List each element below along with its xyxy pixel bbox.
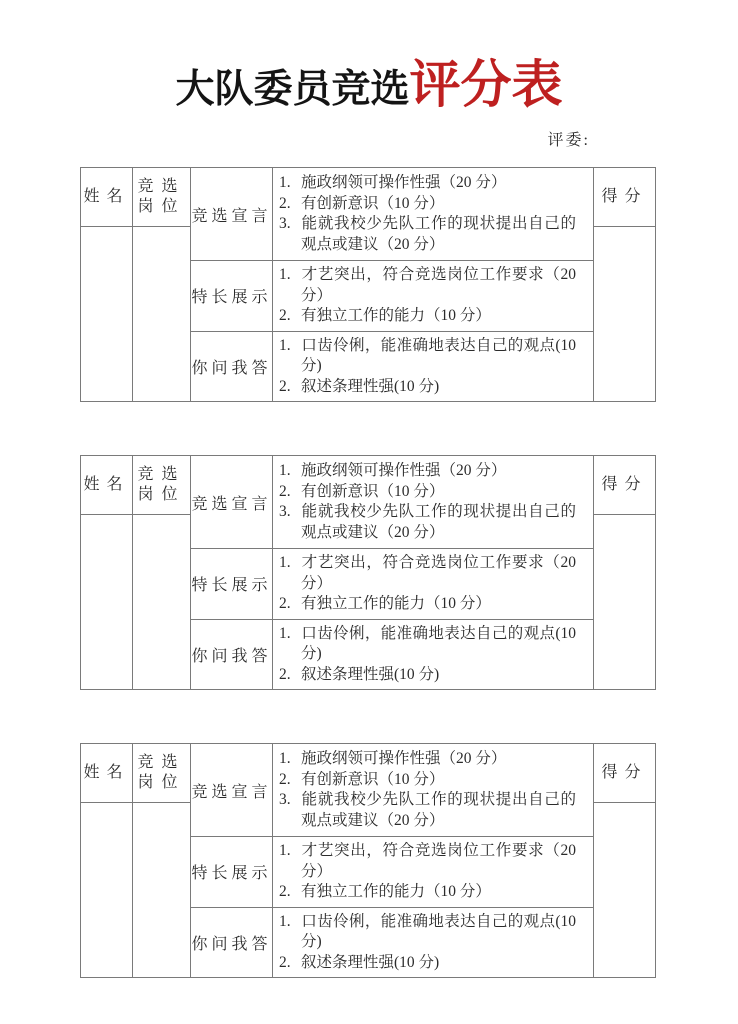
name-header-cell: 姓名 [81,744,133,803]
criteria-item: 1.施政纲领可操作性强（20 分） [301,461,576,482]
position-header-cell: 竞选岗位 [133,744,191,803]
item-text: 能就我校少先队工作的现状提出自己的观点或建议（20 分） [301,503,576,541]
item-number: 2. [279,377,301,398]
criteria-item: 2.有独立工作的能力（10 分） [301,306,576,327]
criteria-item: 1.才艺突出，符合竞选岗位工作要求（20 分） [301,841,576,882]
criteria-item: 2.叙述条理性强(10 分) [301,377,576,398]
item-text: 有创新意识（10 分） [301,195,444,212]
criteria-item: 1.口齿伶俐，能准确地表达自己的观点(10 分) [301,336,576,377]
item-text: 叙述条理性强(10 分) [301,378,439,395]
score-table: 姓名 竞选岗位 竞选宣言 1.施政纲领可操作性强（20 分） 2.有创新意识（1… [80,167,656,402]
criteria-item: 1.口齿伶俐，能准确地表达自己的观点(10 分) [301,912,576,953]
criteria-item: 2.有创新意识（10 分） [301,194,576,215]
criteria-cell-declaration: 1.施政纲领可操作性强（20 分） 2.有创新意识（10 分） 3.能就我校少先… [273,744,594,837]
item-text: 才艺突出，符合竞选岗位工作要求（20 分） [301,266,576,304]
item-text: 施政纲领可操作性强（20 分） [301,174,506,191]
criteria-cell-qa: 1.口齿伶俐，能准确地表达自己的观点(10 分) 2.叙述条理性强(10 分) [273,907,594,978]
score-header-cell: 得分 [594,744,656,803]
title-main-text: 大队委员竞选 [175,68,409,111]
item-text: 能就我校少先队工作的现状提出自己的观点或建议（20 分） [301,215,576,253]
position-input-cell [133,227,191,402]
name-header-cell: 姓名 [81,456,133,515]
criteria-cell-qa: 1.口齿伶俐，能准确地表达自己的观点(10 分) 2.叙述条理性强(10 分) [273,619,594,690]
item-text: 有独立工作的能力（10 分） [301,595,491,612]
item-text: 口齿伶俐，能准确地表达自己的观点(10 分) [301,913,576,951]
criteria-item: 1.口齿伶俐，能准确地表达自己的观点(10 分) [301,624,576,665]
criteria-cell-qa: 1.口齿伶俐，能准确地表达自己的观点(10 分) 2.叙述条理性强(10 分) [273,331,594,402]
score-header-cell: 得分 [594,168,656,227]
title-accent-text: 评分表 [410,58,563,114]
item-text: 施政纲领可操作性强（20 分） [301,462,506,479]
header-row: 姓名 竞选岗位 竞选宣言 1.施政纲领可操作性强（20 分） 2.有创新意识（1… [81,168,656,227]
criteria-item: 1.才艺突出，符合竞选岗位工作要求（20 分） [301,265,576,306]
criteria-item: 2.有独立工作的能力（10 分） [301,882,576,903]
item-text: 有创新意识（10 分） [301,771,444,788]
position-header-cell: 竞选岗位 [133,456,191,515]
item-number: 3. [279,214,301,235]
item-number: 2. [279,306,301,327]
section-label-talent: 特长展示 [191,261,273,332]
item-number: 3. [279,502,301,523]
criteria-cell-declaration: 1.施政纲领可操作性强（20 分） 2.有创新意识（10 分） 3.能就我校少先… [273,456,594,549]
criteria-item: 2.叙述条理性强(10 分) [301,665,576,686]
score-table: 姓名 竞选岗位 竞选宣言 1.施政纲领可操作性强（20 分） 2.有创新意识（1… [80,743,656,978]
section-label-qa: 你问我答 [191,619,273,690]
item-text: 施政纲领可操作性强（20 分） [301,750,506,767]
judge-label: 评委: [0,130,738,152]
item-text: 口齿伶俐，能准确地表达自己的观点(10 分) [301,337,576,375]
item-number: 2. [279,482,301,503]
item-number: 2. [279,665,301,686]
criteria-item: 2.有创新意识（10 分） [301,770,576,791]
item-number: 1. [279,336,301,357]
criteria-item: 3.能就我校少先队工作的现状提出自己的观点或建议（20 分） [301,214,576,255]
item-number: 1. [279,265,301,286]
section-label-declaration: 竞选宣言 [191,456,273,549]
item-text: 有独立工作的能力（10 分） [301,307,491,324]
item-text: 叙述条理性强(10 分) [301,954,439,971]
item-text: 有独立工作的能力（10 分） [301,883,491,900]
position-header-cell: 竞选岗位 [133,168,191,227]
criteria-item: 2.叙述条理性强(10 分) [301,953,576,974]
criteria-item: 3.能就我校少先队工作的现状提出自己的观点或建议（20 分） [301,790,576,831]
section-label-talent: 特长展示 [191,837,273,908]
item-number: 1. [279,912,301,933]
name-input-cell [81,803,133,978]
tables-container: 姓名 竞选岗位 竞选宣言 1.施政纲领可操作性强（20 分） 2.有创新意识（1… [0,167,738,978]
item-number: 1. [279,624,301,645]
name-input-cell [81,515,133,690]
score-input-cell [594,515,656,690]
item-text: 口齿伶俐，能准确地表达自己的观点(10 分) [301,625,576,663]
score-table: 姓名 竞选岗位 竞选宣言 1.施政纲领可操作性强（20 分） 2.有创新意识（1… [80,455,656,690]
score-header-cell: 得分 [594,456,656,515]
score-input-cell [594,227,656,402]
name-header-cell: 姓名 [81,168,133,227]
criteria-cell-talent: 1.才艺突出，符合竞选岗位工作要求（20 分） 2.有独立工作的能力（10 分） [273,837,594,908]
item-text: 才艺突出，符合竞选岗位工作要求（20 分） [301,842,576,880]
section-label-qa: 你问我答 [191,907,273,978]
page-title: 大队委员竞选评分表 [0,56,738,116]
item-number: 2. [279,953,301,974]
criteria-item: 1.施政纲领可操作性强（20 分） [301,173,576,194]
criteria-cell-declaration: 1.施政纲领可操作性强（20 分） 2.有创新意识（10 分） 3.能就我校少先… [273,168,594,261]
criteria-cell-talent: 1.才艺突出，符合竞选岗位工作要求（20 分） 2.有独立工作的能力（10 分） [273,261,594,332]
item-number: 1. [279,841,301,862]
item-number: 2. [279,194,301,215]
criteria-item: 1.施政纲领可操作性强（20 分） [301,749,576,770]
criteria-item: 2.有创新意识（10 分） [301,482,576,503]
item-text: 有创新意识（10 分） [301,483,444,500]
item-text: 才艺突出，符合竞选岗位工作要求（20 分） [301,554,576,592]
item-number: 2. [279,770,301,791]
item-number: 1. [279,461,301,482]
header-row: 姓名 竞选岗位 竞选宣言 1.施政纲领可操作性强（20 分） 2.有创新意识（1… [81,456,656,515]
criteria-item: 2.有独立工作的能力（10 分） [301,594,576,615]
section-label-talent: 特长展示 [191,549,273,620]
section-label-qa: 你问我答 [191,331,273,402]
item-number: 1. [279,749,301,770]
section-label-declaration: 竞选宣言 [191,168,273,261]
criteria-cell-talent: 1.才艺突出，符合竞选岗位工作要求（20 分） 2.有独立工作的能力（10 分） [273,549,594,620]
criteria-item: 3.能就我校少先队工作的现状提出自己的观点或建议（20 分） [301,502,576,543]
position-input-cell [133,803,191,978]
header-row: 姓名 竞选岗位 竞选宣言 1.施政纲领可操作性强（20 分） 2.有创新意识（1… [81,744,656,803]
item-text: 能就我校少先队工作的现状提出自己的观点或建议（20 分） [301,791,576,829]
score-input-cell [594,803,656,978]
item-number: 1. [279,173,301,194]
section-label-declaration: 竞选宣言 [191,744,273,837]
item-number: 1. [279,553,301,574]
item-number: 2. [279,594,301,615]
item-number: 2. [279,882,301,903]
name-input-cell [81,227,133,402]
item-text: 叙述条理性强(10 分) [301,666,439,683]
position-input-cell [133,515,191,690]
item-number: 3. [279,790,301,811]
criteria-item: 1.才艺突出，符合竞选岗位工作要求（20 分） [301,553,576,594]
